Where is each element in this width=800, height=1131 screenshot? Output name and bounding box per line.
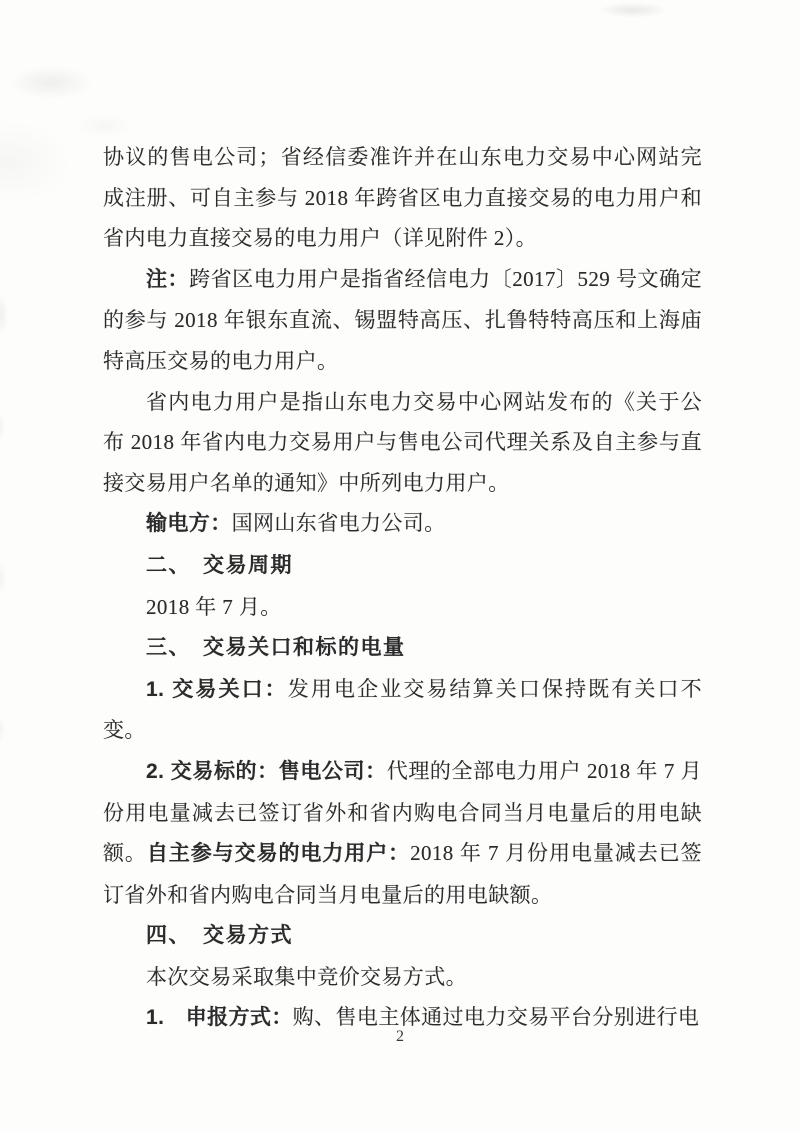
document-body: 协议的售电公司；省经信委准许并在山东电力交易中心网站完成注册、可自主参与 201… xyxy=(103,137,702,1039)
paragraph: 2. 交易标的：售电公司：代理的全部电力用户 2018 年 7 月份用电量减去已… xyxy=(103,751,702,915)
bold-text-run: 四、 交易方式 xyxy=(146,924,293,947)
text-run: 协议的售电公司；省经信委准许并在山东电力交易中心网站完成注册、可自主参与 201… xyxy=(103,145,702,250)
text-run: 国网山东省电力公司。 xyxy=(232,511,446,535)
text-run: 2018 年 7 月。 xyxy=(146,595,282,619)
paragraph: 协议的售电公司；省经信委准许并在山东电力交易中心网站完成注册、可自主参与 201… xyxy=(103,137,702,259)
bold-text-run: 2. 交易标的：售电公司： xyxy=(146,760,387,783)
text-run: 省内电力用户是指山东电力交易中心网站发布的《关于公布 2018 年省内电力交易用… xyxy=(103,390,702,495)
paragraph: 1. 交易关口：发用电企业交易结算关口保持既有关口不变。 xyxy=(103,669,702,751)
bold-text-run: 注： xyxy=(146,268,189,291)
paragraph: 注：跨省区电力用户是指省经信电力〔2017〕529 号文确定的参与 2018 年… xyxy=(103,259,702,382)
bold-text-run: 三、 交易关口和标的电量 xyxy=(146,636,406,659)
bold-text-run: 输电方： xyxy=(146,512,232,535)
bold-text-run: 二、 交易周期 xyxy=(146,554,293,577)
section-heading: 三、 交易关口和标的电量 xyxy=(103,627,702,669)
paragraph: 输电方：国网山东省电力公司。 xyxy=(103,503,702,545)
bold-text-run: 自主参与交易的电力用户： xyxy=(147,842,410,865)
text-run: 本次交易采取集中竞价交易方式。 xyxy=(146,965,467,989)
bold-text-run: 1. 交易关口： xyxy=(146,678,288,701)
section-heading: 四、 交易方式 xyxy=(103,915,702,957)
paragraph: 2018 年 7 月。 xyxy=(103,587,702,628)
text-run: 购、售电主体通过电力交易平台分别进行电 xyxy=(293,1005,700,1029)
section-heading: 二、 交易周期 xyxy=(103,545,702,587)
bold-text-run: 1. 申报方式： xyxy=(146,1006,293,1029)
document-page: 协议的售电公司；省经信委准许并在山东电力交易中心网站完成注册、可自主参与 201… xyxy=(0,0,800,1131)
text-run: 跨省区电力用户是指省经信电力〔2017〕529 号文确定的参与 2018 年银东… xyxy=(103,267,702,373)
paragraph: 本次交易采取集中竞价交易方式。 xyxy=(103,957,702,998)
scan-artifact xyxy=(598,2,668,18)
paragraph: 省内电力用户是指山东电力交易中心网站发布的《关于公布 2018 年省内电力交易用… xyxy=(103,382,702,504)
page-number: 2 xyxy=(0,1028,800,1046)
scan-artifact xyxy=(0,270,12,830)
